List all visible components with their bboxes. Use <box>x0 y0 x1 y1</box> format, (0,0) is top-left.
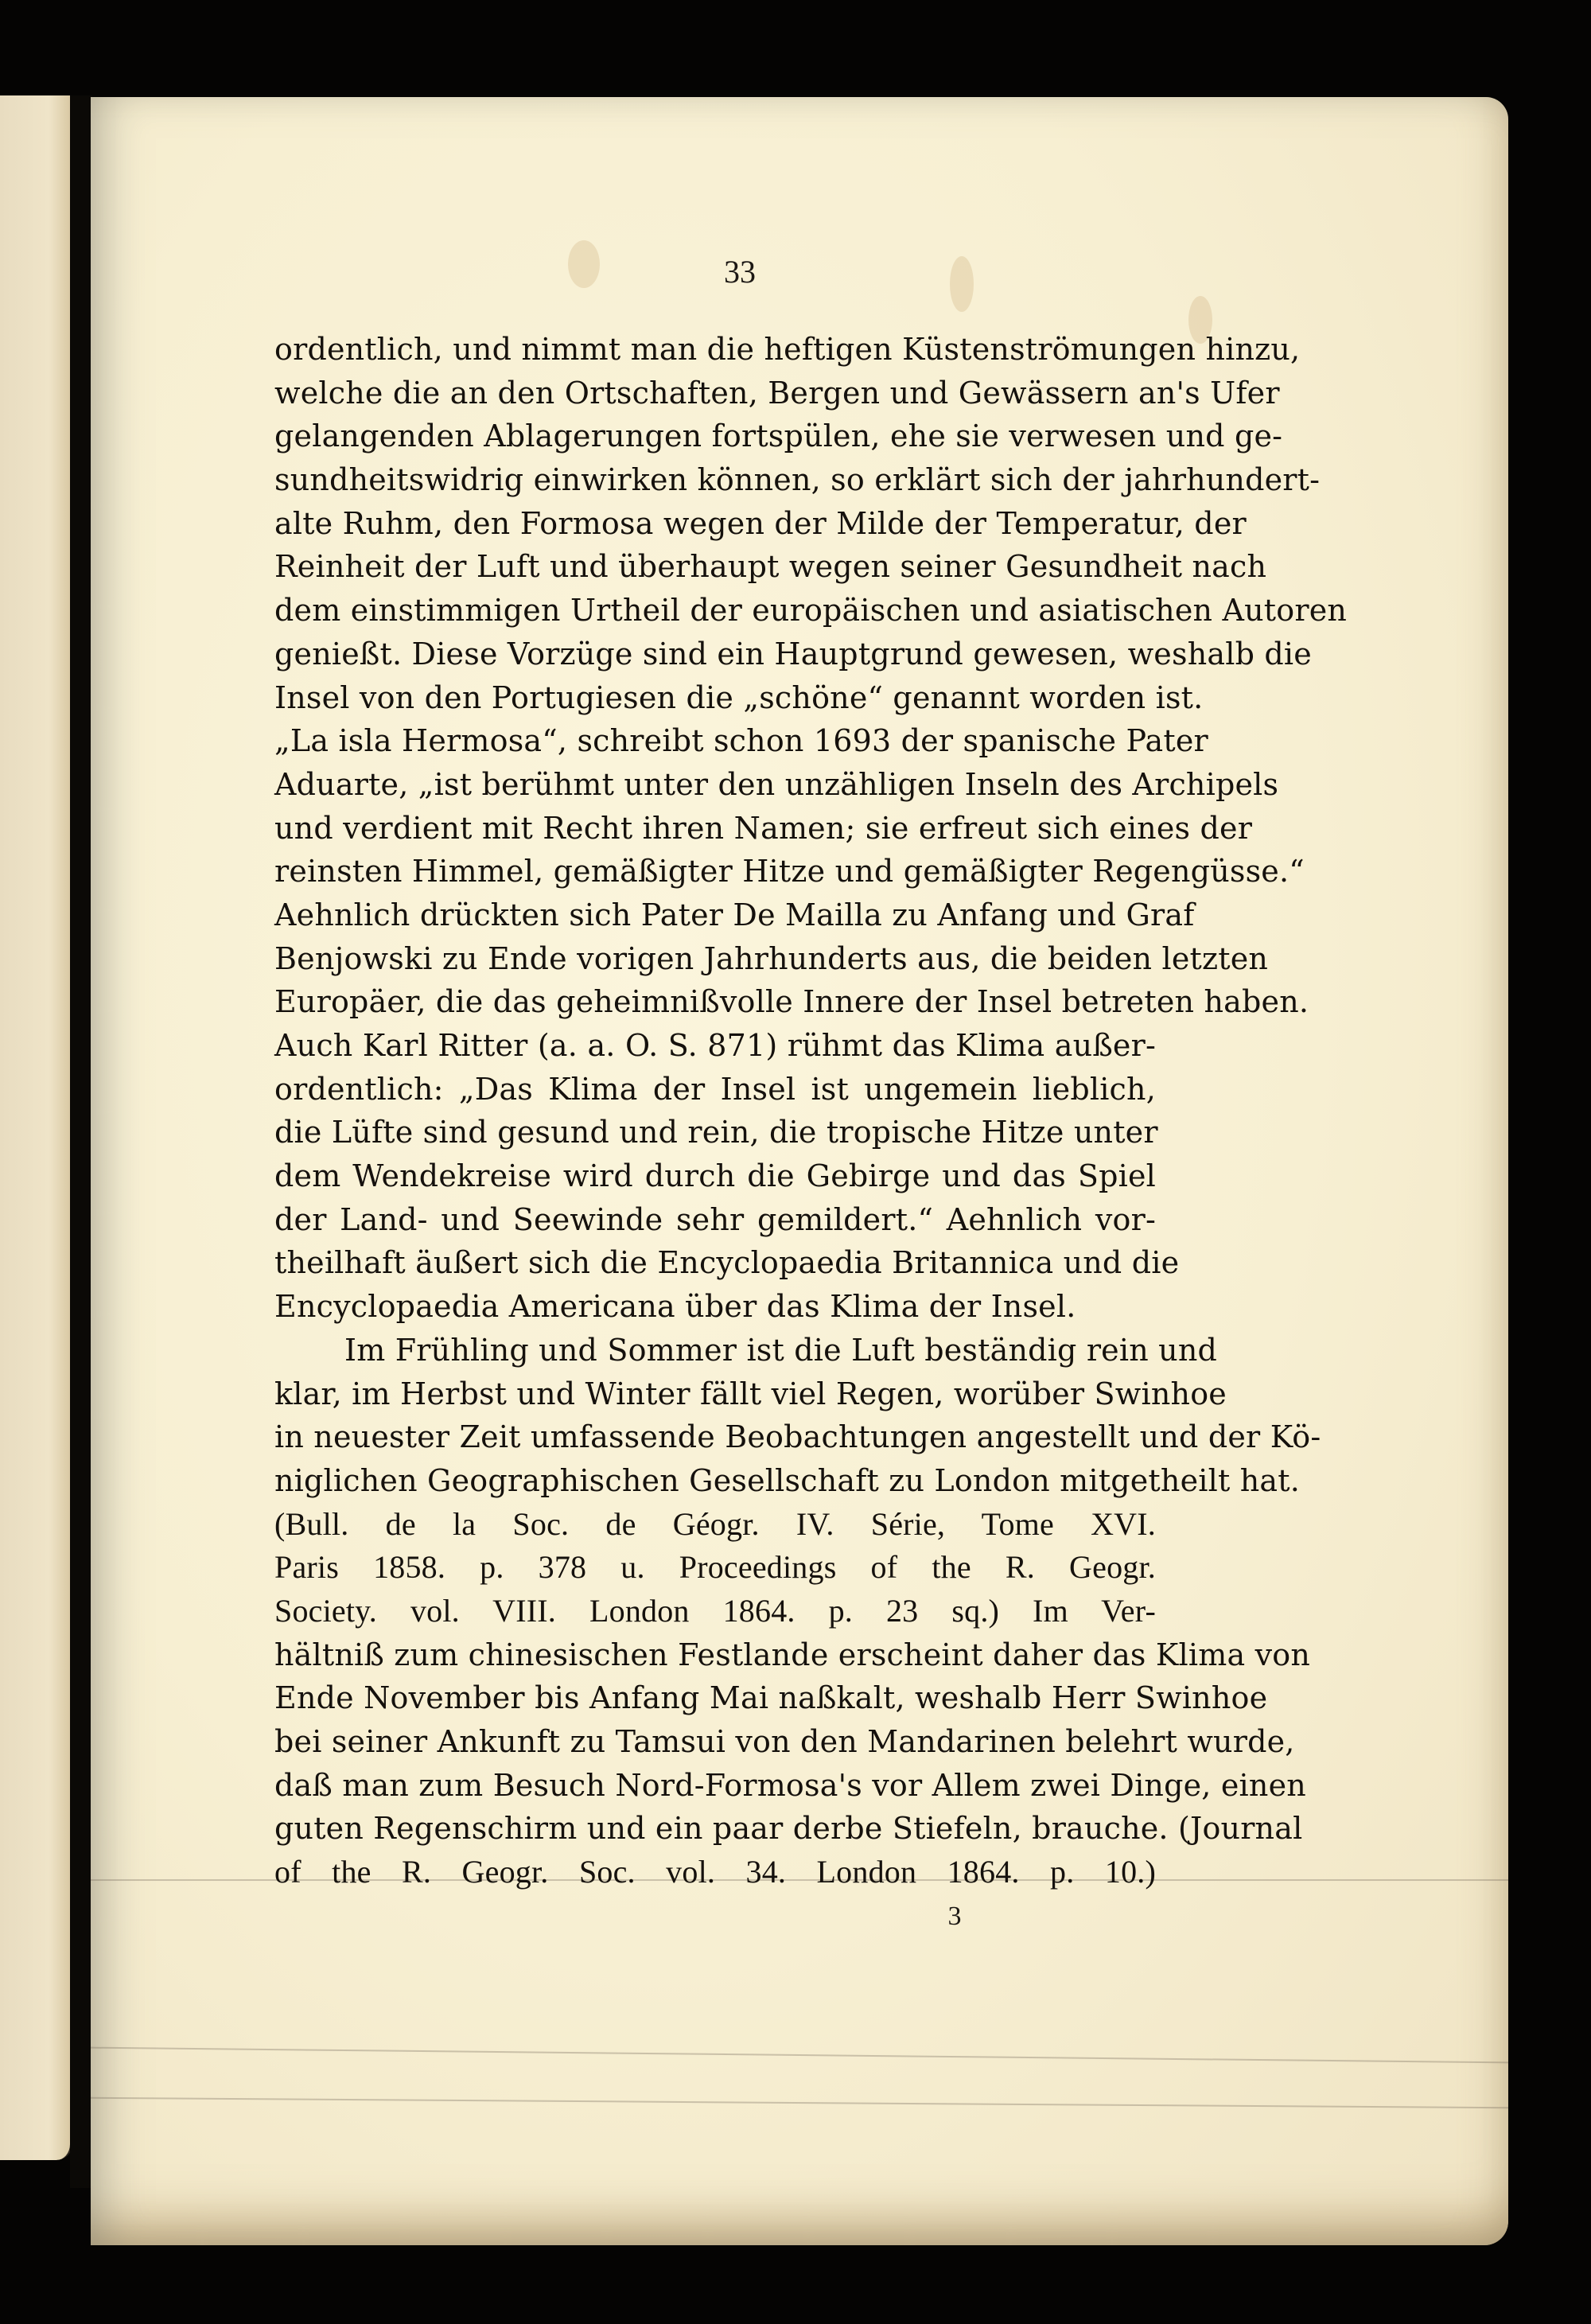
text-line: dem Wendekreise wird durch die Gebirge u… <box>274 1154 1156 1198</box>
text-line: „La isla Hermosa“, schreibt schon 1693 d… <box>274 719 1156 763</box>
previous-page-edge <box>0 95 72 2160</box>
text-line: in neuester Zeit umfassende Beobachtunge… <box>274 1415 1156 1459</box>
text-line: klar, im Herbst und Winter fällt viel Re… <box>274 1372 1156 1416</box>
page-crease <box>91 2097 1508 2108</box>
text-line: Ende November bis Anfang Mai naßkalt, we… <box>274 1676 1156 1720</box>
text-line: hältniß zum chinesischen Festlande ersch… <box>274 1633 1156 1677</box>
citation-line: of the R. Geogr. Soc. vol. 34. London 18… <box>274 1851 1156 1894</box>
page-number: 33 <box>708 253 772 290</box>
paper-stain <box>950 256 974 312</box>
text-line: sundheitswidrig einwirken können, so erk… <box>274 458 1156 502</box>
text-line: daß man zum Besuch Nord-Formosa's vor Al… <box>274 1764 1156 1808</box>
text-line: niglichen Geographischen Gesellschaft zu… <box>274 1459 1156 1503</box>
text-line: alte Ruhm, den Formosa wegen der Milde d… <box>274 502 1156 546</box>
text-line: Encyclopaedia Americana über das Klima d… <box>274 1285 1156 1329</box>
text-line: Aehnlich drückten sich Pater De Mailla z… <box>274 893 1156 937</box>
text-line: Insel von den Portugiesen die „schöne“ g… <box>274 676 1156 720</box>
text-line: welche die an den Ortschaften, Bergen un… <box>274 372 1156 415</box>
text-line: ordentlich: „Das Klima der Insel ist ung… <box>274 1068 1156 1111</box>
text-line: genießt. Diese Vorzüge sind ein Hauptgru… <box>274 633 1156 676</box>
book-gutter <box>70 95 92 2188</box>
text-line: und verdient mit Recht ihren Namen; sie … <box>274 807 1156 851</box>
citation-line: Paris 1858. p. 378 u. Proceedings of the… <box>274 1546 1156 1590</box>
signature-mark: 3 <box>939 1902 971 1932</box>
text-line: gelangenden Ablagerungen fortspülen, ehe… <box>274 415 1156 458</box>
page-crease <box>91 2047 1508 2064</box>
text-line: theilhaft äußert sich die Encyclopaedia … <box>274 1241 1156 1285</box>
text-line: Europäer, die das geheimnißvolle Innere … <box>274 980 1156 1024</box>
body-text: ordentlich, und nimmt man die heftigen K… <box>274 328 1156 1894</box>
text-line: guten Regenschirm und ein paar derbe Sti… <box>274 1807 1156 1851</box>
paper-stain <box>568 240 600 288</box>
text-line: dem einstimmigen Urtheil der europäische… <box>274 589 1156 633</box>
text-line: Benjowski zu Ende vorigen Jahrhunderts a… <box>274 937 1156 981</box>
text-line: ordentlich, und nimmt man die heftigen K… <box>274 328 1156 372</box>
text-line: die Lüfte sind gesund und rein, die trop… <box>274 1111 1156 1154</box>
citation-line: (Bull. de la Soc. de Géogr. IV. Série, T… <box>274 1503 1156 1547</box>
text-line: reinsten Himmel, gemäßigter Hitze und ge… <box>274 850 1156 893</box>
text-line: Auch Karl Ritter (a. a. O. S. 871) rühmt… <box>274 1024 1156 1068</box>
citation-line: Society. vol. VIII. London 1864. p. 23 s… <box>274 1590 1156 1633</box>
text-line: der Land- und Seewinde sehr gemildert.“ … <box>274 1198 1156 1242</box>
text-line: Aduarte, „ist berühmt unter den unzählig… <box>274 763 1156 807</box>
text-line: bei seiner Ankunft zu Tamsui von den Man… <box>274 1720 1156 1764</box>
text-line: Reinheit der Luft und überhaupt wegen se… <box>274 545 1156 589</box>
paragraph-start-line: Im Frühling und Sommer ist die Luft best… <box>274 1329 1156 1372</box>
